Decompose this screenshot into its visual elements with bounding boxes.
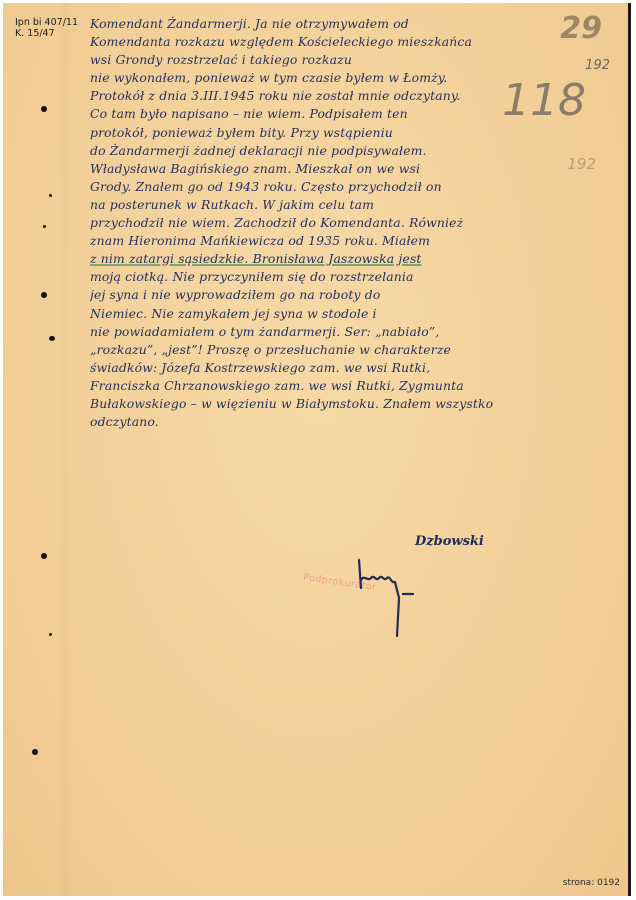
witness-signature: Dzbowski (415, 534, 484, 549)
document-page: Ipn bi 407/11 K. 15/47 29 192 118 192 Ko… (3, 3, 631, 896)
statement-line: jej syna i nie wyprowadziłem go na robot… (90, 286, 625, 304)
statement-line: moją ciotką. Nie przyczyniłem się do roz… (90, 268, 625, 286)
statement-line: protokół, ponieważ byłem bity. Przy wstą… (90, 124, 625, 142)
ink-blot-mark (49, 336, 55, 341)
archive-reference-line2: K. 15/47 (15, 28, 78, 39)
archive-reference: Ipn bi 407/11 K. 15/47 (15, 17, 78, 39)
statement-line: wsi Grondy rozstrzelać i takiego rozkazu (90, 51, 625, 69)
ink-blot-mark (49, 194, 52, 197)
statement-line: Co tam było napisano – nie wiem. Podpisa… (90, 105, 625, 123)
statement-line: przychodził nie wiem. Zachodził do Komen… (90, 214, 625, 232)
statement-line: na posterunek w Rutkach. W jakim celu ta… (90, 196, 625, 214)
statement-line: Władysława Bagińskiego znam. Mieszkał on… (90, 160, 625, 178)
statement-line: nie wykonałem, ponieważ w tym czasie był… (90, 69, 625, 87)
statement-line: Franciszka Chrzanowskiego zam. we wsi Ru… (90, 377, 625, 395)
statement-line: do Żandarmerji żadnej deklaracji nie pod… (90, 142, 625, 160)
ink-blot-mark (41, 292, 47, 298)
ink-blot-mark (49, 633, 52, 636)
ink-blot-mark (43, 225, 46, 228)
statement-line: nie powiadamiałem o tym żandarmerji. Ser… (90, 323, 625, 341)
page-number-label: strona: 0192 (563, 878, 620, 888)
statement-line: z nim zatargi sąsiedzkie. Bronisława Jas… (90, 250, 625, 268)
statement-line: Bułakowskiego – w więzieniu w Białymstok… (90, 395, 625, 413)
statement-line: świadków: Józefa Kostrzewskiego zam. we … (90, 359, 625, 377)
statement-line: Protokół z dnia 3.III.1945 roku nie zost… (90, 87, 625, 105)
statement-line: Niemiec. Nie zamykałem jej syna w stodol… (90, 305, 625, 323)
archive-reference-line1: Ipn bi 407/11 (15, 17, 78, 28)
statement-line: znam Hieronima Mańkiewicza od 1935 roku.… (90, 232, 625, 250)
official-signature-icon (341, 558, 431, 638)
statement-line: Komendanta rozkazu względem Kościeleckie… (90, 33, 625, 51)
statement-line: odczytano. (90, 413, 625, 431)
ink-blot-mark (32, 749, 38, 755)
statement-line: „rozkazu”, „jest”! Proszę o przesłuchani… (90, 341, 625, 359)
statement-line: Grody. Znałem go od 1943 roku. Często pr… (90, 178, 625, 196)
handwritten-statement: Komendant Żandarmerji. Ja nie otrzymywał… (90, 15, 625, 431)
statement-line: Komendant Żandarmerji. Ja nie otrzymywał… (90, 15, 625, 33)
ink-blot-mark (41, 106, 47, 112)
ink-blot-mark (41, 553, 47, 559)
